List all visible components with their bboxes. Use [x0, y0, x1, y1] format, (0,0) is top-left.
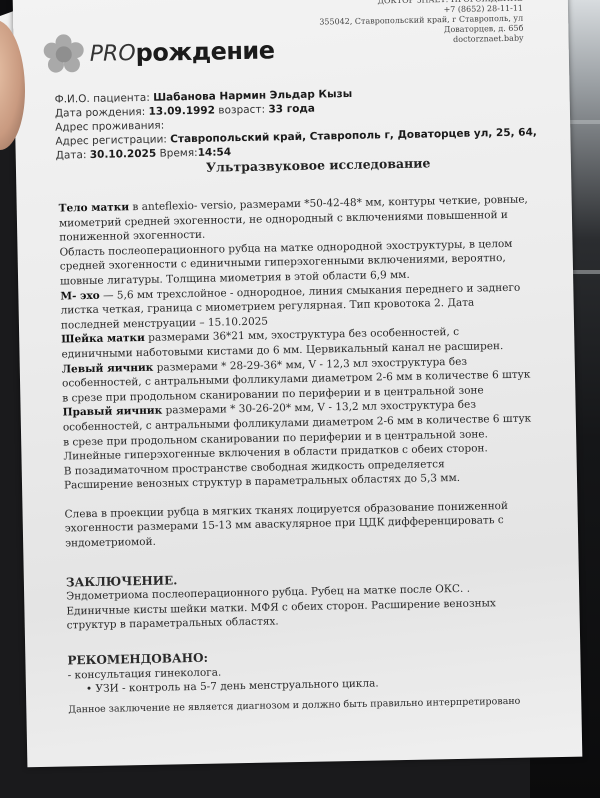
m-echo-label: М- эхо — [60, 289, 100, 302]
left-ovary-label: Левый яичник — [62, 361, 154, 375]
flower-logo-icon — [43, 34, 84, 75]
uterus-text: в anteflexio- versio, размерами *50-42-4… — [59, 194, 528, 244]
residence-label: Адрес проживания: — [55, 120, 164, 134]
clinic-logo: PRO рождение — [43, 30, 274, 74]
m-echo-text: — 5,6 мм трехслойное - однородное, линия… — [61, 281, 521, 331]
age-value: 33 года — [268, 103, 315, 116]
time-value: 14:54 — [198, 146, 232, 159]
clinic-header: ДОКТОР ЗНАЕТ. ПРОРОЖДЕНИЕ +7 (8652) 28-1… — [319, 0, 524, 48]
logo-wordmark: рождение — [135, 36, 274, 67]
patient-name-label: Ф.И.О. пациента: — [55, 92, 150, 106]
date-label: Дата: — [56, 149, 87, 162]
ultrasound-report-sheet: ДОКТОР ЗНАЕТ. ПРОРОЖДЕНИЕ +7 (8652) 28-1… — [13, 0, 583, 767]
logo-prefix: PRO — [90, 41, 136, 67]
left-scar-paragraph: Слева в проекции рубца в мягких тканях л… — [64, 498, 535, 551]
age-label: возраст: — [218, 104, 265, 117]
disclaimer-text: Данное заключение не является диагнозом … — [68, 694, 538, 718]
uterus-label: Тело матки — [59, 201, 130, 214]
date-value: 30.10.2025 — [90, 148, 157, 161]
registration-label: Адрес регистрации: — [55, 133, 167, 147]
dob-label: Дата рождения: — [55, 106, 146, 120]
right-ovary-label: Правый яичник — [63, 405, 163, 419]
conclusion-text: Эндометриома послеоперационного рубца. Р… — [66, 581, 537, 634]
document-title: Ультразвуковое исследование — [206, 155, 431, 174]
dob-value: 13.09.1992 — [148, 105, 215, 118]
cervix-label: Шейка матки — [61, 332, 145, 346]
findings-body: Тело матки в anteflexio- versio, размера… — [59, 193, 539, 718]
patient-info: Ф.И.О. пациента: Шабанова Нармин Эльдар … — [54, 83, 537, 162]
time-label: Время: — [159, 147, 197, 160]
patient-name-value: Шабанова Нармин Эльдар Кызы — [153, 88, 352, 104]
